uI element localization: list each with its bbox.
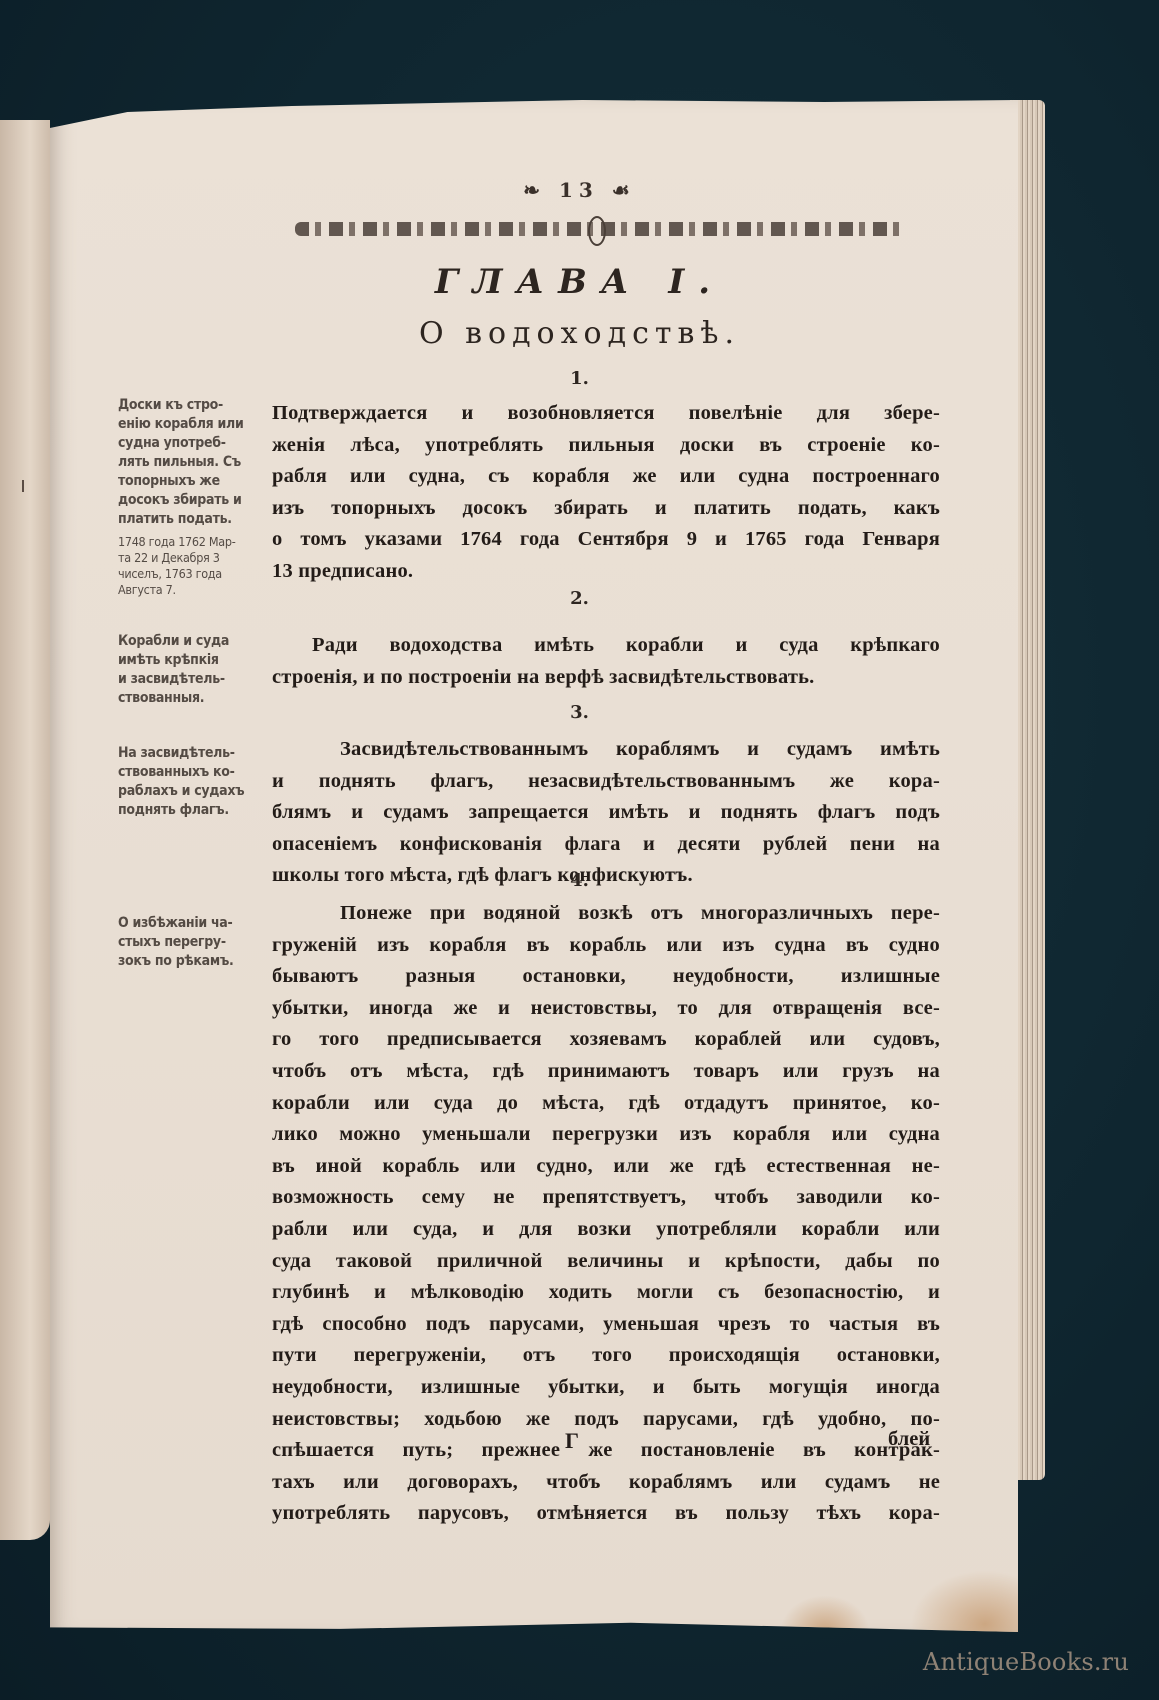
text-line: Ради водоходства имѣть корабли и суда кр… bbox=[272, 630, 940, 662]
margin-note-line: ствованныхъ ко- bbox=[118, 763, 278, 782]
margin-note-line: топорныхъ же bbox=[118, 472, 278, 491]
margin-note-line: стыхъ перегру- bbox=[118, 933, 278, 952]
margin-note-line: имѣть крѣпкія bbox=[118, 651, 278, 670]
text-line: тахъ или договорахъ, чтобъ кораблямъ или… bbox=[272, 1467, 940, 1499]
signature-mark: Г bbox=[565, 1428, 579, 1454]
margin-note-line: досокъ збирать и bbox=[118, 491, 278, 510]
margin-note-line: поднять флагъ. bbox=[118, 801, 278, 820]
text-line: чтобъ отъ мѣста, гдѣ принимаютъ товаръ и… bbox=[272, 1056, 940, 1088]
facing-page-mark bbox=[22, 480, 24, 492]
margin-note-line: енію корабля или bbox=[118, 415, 278, 434]
text-line: и поднять флагъ, незасвидѣтельствованным… bbox=[272, 766, 940, 798]
section-number: 3. bbox=[0, 702, 1159, 723]
text-line: опасеніемъ конфискованія флага и десяти … bbox=[272, 829, 940, 861]
margin-note-line: платить подать. bbox=[118, 510, 278, 529]
margin-note-line: лять пильныя. Съ bbox=[118, 453, 278, 472]
ornament-center-icon bbox=[588, 216, 606, 246]
section-text: Засвидѣтельствованнымъ кораблямъ и судам… bbox=[272, 734, 940, 892]
text-line: убытки, иногда же и неистовствы, то для … bbox=[272, 993, 940, 1025]
text-line: неудобности, излишные убытки, и быть мог… bbox=[272, 1372, 940, 1404]
text-line: суда таковой приличной величины и крѣпос… bbox=[272, 1246, 940, 1278]
margin-note: Корабли и суда имѣть крѣпкія и засвидѣте… bbox=[118, 632, 278, 708]
margin-note-line: зокъ по рѣкамъ. bbox=[118, 952, 278, 971]
text-line: Подтверждается и возобновляется повелѣні… bbox=[272, 398, 940, 430]
text-line: въ иной корабль или судно, или же гдѣ ес… bbox=[272, 1151, 940, 1183]
margin-note: Доски къ стро- енію корабля или судна уп… bbox=[118, 396, 278, 529]
text-line: го того предписывается хозяевамъ корабле… bbox=[272, 1024, 940, 1056]
text-line: женія лѣса, употреблять пильныя доски въ… bbox=[272, 430, 940, 462]
text-line: блямъ и судамъ запрещается имѣть и подня… bbox=[272, 797, 940, 829]
margin-note-line: Доски къ стро- bbox=[118, 396, 278, 415]
margin-ref-line: 1748 года 1762 Мар- bbox=[118, 534, 278, 550]
chapter-subtitle: О водоходствѣ. bbox=[0, 316, 1159, 351]
watermark: AntiqueBooks.ru bbox=[923, 1648, 1129, 1676]
water-stain bbox=[910, 1570, 1060, 1660]
section-number: 2. bbox=[0, 588, 1159, 609]
text-line: рабли или суда, и для возки употребляли … bbox=[272, 1214, 940, 1246]
section-text: Подтверждается и возобновляется повелѣні… bbox=[272, 398, 940, 588]
text-line: рабля или судна, съ корабля же или судна… bbox=[272, 461, 940, 493]
section-number: 4. bbox=[0, 870, 1159, 891]
text-line: пути перегруженіи, отъ того происходящія… bbox=[272, 1340, 940, 1372]
text-line: Понеже при водяной возкѣ отъ многоразлич… bbox=[272, 898, 940, 930]
text-line: гдѣ способно подъ парусами, уменьшая чре… bbox=[272, 1309, 940, 1341]
margin-note: О избѣжаніи ча- стыхъ перегру- зокъ по р… bbox=[118, 914, 278, 971]
text-line: спѣшается путь; прежнее же постановленіе… bbox=[272, 1435, 940, 1467]
text-line: 13 предписано. bbox=[272, 556, 940, 588]
text-line: изъ топорныхъ досокъ збирать и платить п… bbox=[272, 493, 940, 525]
margin-ref-line: та 22 и Декабря 3 bbox=[118, 550, 278, 566]
margin-note: На засвидѣтель- ствованныхъ ко- раблахъ … bbox=[118, 744, 278, 820]
section-text: Понеже при водяной возкѣ отъ многоразлич… bbox=[272, 898, 940, 1530]
text-line: строенія, и по построеніи на верфѣ засви… bbox=[272, 662, 940, 694]
margin-note-line: раблахъ и судахъ bbox=[118, 782, 278, 801]
text-line: лико можно уменьшали перегрузки изъ кора… bbox=[272, 1119, 940, 1151]
text-line: груженій изъ корабля въ корабль или изъ … bbox=[272, 930, 940, 962]
text-line: бываютъ разныя остановки, неудобности, и… bbox=[272, 961, 940, 993]
water-stain bbox=[780, 1595, 870, 1655]
margin-note-line: О избѣжаніи ча- bbox=[118, 914, 278, 933]
text-line: употреблять парусовъ, отмѣняется въ поль… bbox=[272, 1498, 940, 1530]
text-line: корабли или суда до мѣста, гдѣ отдадутъ … bbox=[272, 1088, 940, 1120]
text-line: неистовствы; ходьбою же подъ парусами, г… bbox=[272, 1404, 940, 1436]
chapter-title: ГЛАВА I. bbox=[0, 262, 1159, 302]
text-line: о томъ указами 1764 года Сентября 9 и 17… bbox=[272, 524, 940, 556]
margin-note-line: На засвидѣтель- bbox=[118, 744, 278, 763]
running-head: ❧ 13 ☙ bbox=[0, 178, 1159, 202]
text-line: возможность сему не препятствуетъ, чтобъ… bbox=[272, 1182, 940, 1214]
margin-note-line: Корабли и суда bbox=[118, 632, 278, 651]
text-line: Засвидѣтельствованнымъ кораблямъ и судам… bbox=[272, 734, 940, 766]
margin-note-line: и засвидѣтель- bbox=[118, 670, 278, 689]
section-number: 1. bbox=[0, 368, 1159, 389]
margin-ref-line: чиселъ, 1763 года bbox=[118, 566, 278, 582]
margin-note-line: судна употреб- bbox=[118, 434, 278, 453]
text-line: глубинѣ и мѣлководію ходить могли съ без… bbox=[272, 1277, 940, 1309]
section-text: Ради водоходства имѣть корабли и суда кр… bbox=[272, 630, 940, 693]
catchword: блей bbox=[888, 1428, 930, 1451]
